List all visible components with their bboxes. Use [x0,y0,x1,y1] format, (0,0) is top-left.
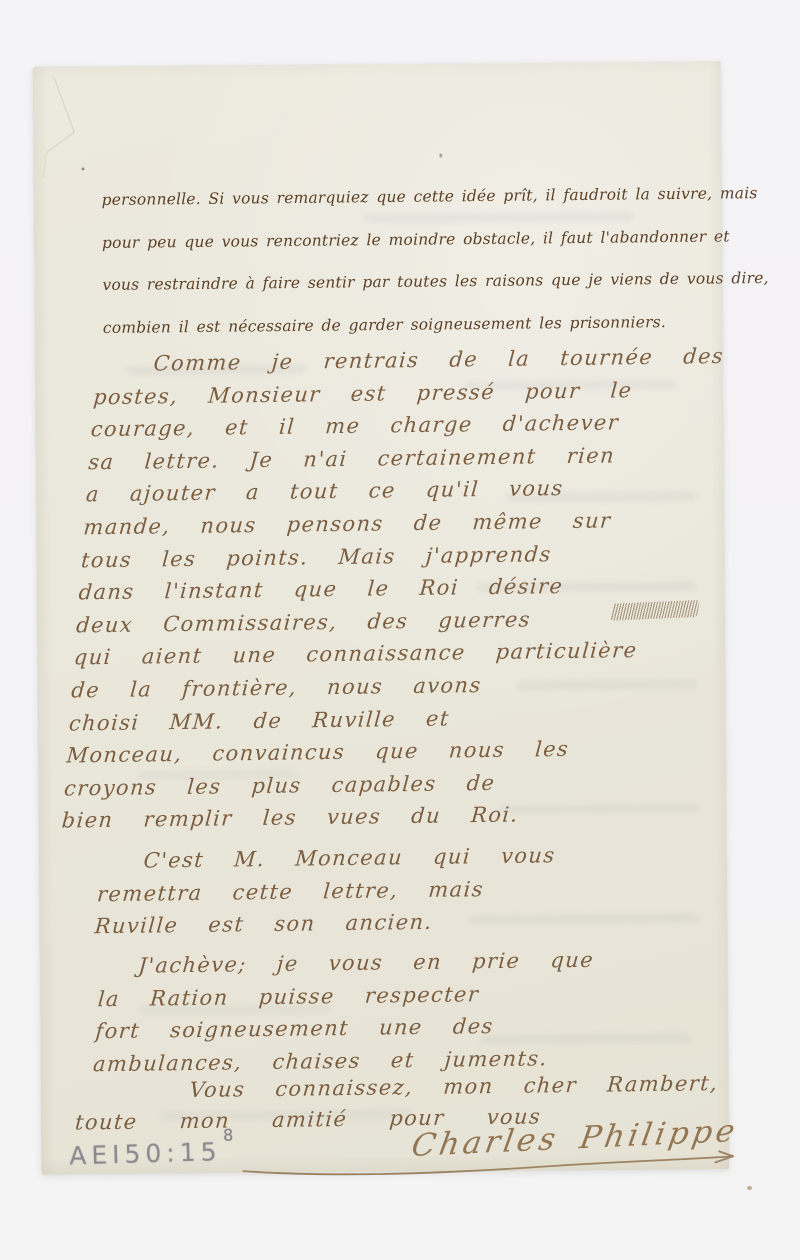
ink-speck [439,154,442,158]
handwritten-line: pour peu que vous rencontriez le moindre… [102,215,712,264]
ink-speck [81,167,84,170]
paragraph-neat-hand: personnelle. Si vous remarquiez que cett… [101,173,713,349]
handwritten-line: personnelle. Si vous remarquiez que cett… [101,173,711,222]
handwritten-line: vous restraindre à faire sentir par tout… [102,258,712,307]
scanned-letter-page: { "page": { "background_color": "#f4f3f5… [0,0,800,1260]
paragraph-scrawl-3: J'achève; je vous en prie quela Ration p… [92,942,732,1081]
paragraph-scrawl-1: Comme je rentrais de la tournée desposte… [61,340,728,837]
dust-speck [747,1186,752,1190]
handwritten-line: bien remplir les vues du Roi. [61,797,694,838]
archive-shelfmark: AEI50:158 [69,1135,232,1170]
shelfmark-superscript: 8 [223,1125,234,1144]
paragraph-scrawl-2: C'est M. Monceau qui vousremettra cette … [94,837,732,943]
letter-paper: personnelle. Si vous remarquiez que cett… [33,61,730,1174]
handwritten-line: Ruville est son ancien. [94,902,727,943]
scan-background: personnelle. Si vous remarquiez que cett… [0,0,800,1260]
shelfmark-text: AEI50:15 [69,1137,222,1170]
